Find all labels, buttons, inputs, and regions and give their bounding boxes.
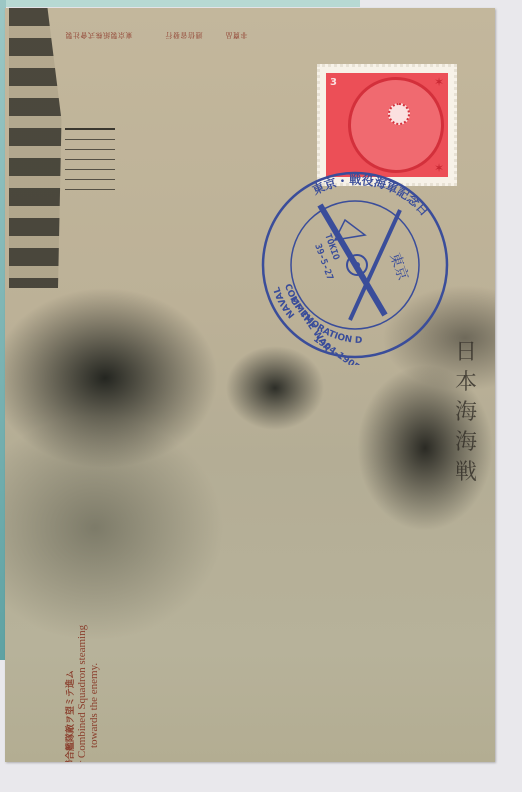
star-icon: ✶ bbox=[434, 75, 444, 89]
ship-rigging bbox=[65, 128, 115, 190]
svg-text:東京・戦役海軍記念日: 東京・戦役海軍記念日 bbox=[310, 172, 432, 218]
title-char: 日 bbox=[455, 338, 475, 368]
caption: 我聯合艦隊敵ヲ望ミテ進ム Our Combined Squadron steam… bbox=[64, 588, 124, 762]
stamp-medallion bbox=[348, 77, 444, 173]
title-char: 戦 bbox=[455, 458, 475, 488]
chrysanthemum-crest-icon bbox=[388, 103, 410, 125]
header-text-3: 非賣品 bbox=[225, 30, 248, 40]
cancel-city-jp: 東京 bbox=[386, 251, 412, 283]
background-teal-strip bbox=[0, 0, 360, 7]
caption-japanese: 我聯合艦隊敵ヲ望ミテ進ム bbox=[64, 588, 76, 762]
title-char: 海 bbox=[455, 398, 475, 428]
cancel-japanese-text: 東京・戦役海軍記念日 bbox=[310, 172, 432, 218]
title-char: 本 bbox=[455, 368, 475, 398]
header-text-2: 逓信省發行 bbox=[165, 30, 203, 40]
postcard: 東京製紙株式會社製 逓信省發行 非賣品 3 ✶ ✶ NAVAL COMMEMOR… bbox=[5, 8, 495, 762]
commemorative-cancel-postmark: NAVAL COMMEMORATION DAY 東京・戦役海軍記念日 OF TH… bbox=[255, 165, 455, 365]
title-char: 海 bbox=[455, 428, 475, 458]
caption-english-line2: towards the enemy. bbox=[88, 588, 100, 762]
header-text-1: 東京製紙株式會社製 bbox=[65, 30, 133, 40]
stamp-face: 3 ✶ ✶ bbox=[326, 73, 448, 177]
caption-english-line1: Our Combined Squadron steaming bbox=[76, 588, 88, 762]
stamp-denomination: 3 bbox=[330, 77, 337, 88]
vertical-title: 日 本 海 海 戦 bbox=[455, 338, 475, 488]
